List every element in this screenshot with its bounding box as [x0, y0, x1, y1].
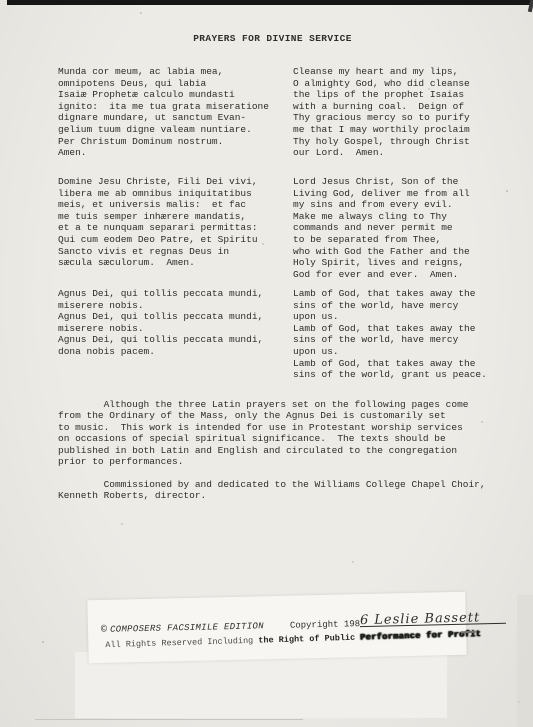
scan-noise-specks: [0, 0, 2, 2]
performance-note: Although the three Latin prayers set on …: [58, 399, 488, 467]
handwritten-signature: 6Leslie Bassett: [360, 613, 506, 627]
prayer-latin-agnus-dei: Agnus Dei, qui tollis peccata mundi, mis…: [58, 288, 286, 358]
page-title: PRAYERS FOR DIVINE SERVICE: [6, 33, 533, 44]
scanned-document-page: PRAYERS FOR DIVINE SERVICE Munda cor meu…: [0, 0, 533, 727]
prayer-english-lamb-of-god: Lamb of God, that takes away the sins of…: [293, 288, 493, 381]
dedication-note: Commissioned by and dedicated to the Wil…: [58, 479, 488, 502]
rights-text: All Rights Reserved Including: [105, 636, 258, 651]
copyright-symbol-icon: ©: [101, 625, 107, 636]
prayer-latin-domine-jesu: Domine Jesu Christe, Fili Dei vivi, libe…: [58, 176, 286, 269]
scan-right-shade: [517, 595, 533, 727]
handwritten-year: 6: [360, 613, 370, 628]
signature-name: Leslie Bassett: [374, 610, 480, 627]
scan-bottom-line: [35, 719, 303, 720]
prayer-latin-munda-cor: Munda cor meum, ac labia mea, omnipotens…: [58, 66, 286, 159]
prayer-english-lord-jesus-christ: Lord Jesus Christ, Son of the Living God…: [293, 176, 493, 280]
rights-text-strong: the Right of Public: [258, 633, 360, 646]
copyright-year-prefix: Copyright 198: [290, 619, 360, 631]
copyright-paste-strip: ©COMPOSERS FACSIMILE EDITIONCopyright 19…: [87, 592, 466, 664]
scan-edge-top-bar: [7, 0, 533, 5]
edition-name: COMPOSERS FACSIMILE EDITION: [110, 621, 264, 634]
prayer-english-cleanse-my-heart: Cleanse my heart and my lips, O almighty…: [293, 66, 493, 159]
